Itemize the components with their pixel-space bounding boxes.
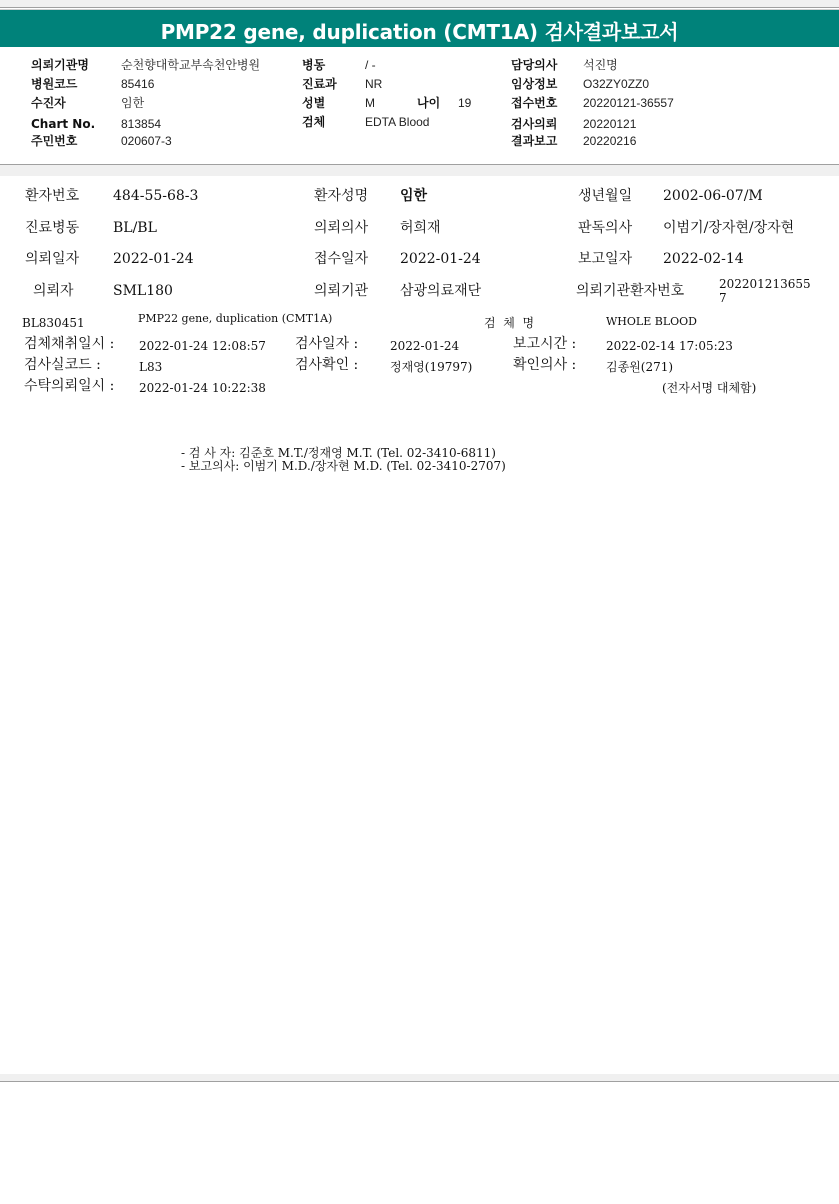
report-title: PMP22 gene, duplication (CMT1A) 검사결과보고서 xyxy=(0,16,839,45)
value-collection-datetime: 2022-01-24 12:08:57 xyxy=(139,338,266,354)
value-patient-name: 임한 xyxy=(400,188,427,204)
report-title-bar: PMP22 gene, duplication (CMT1A) 검사결과보고서 xyxy=(0,9,839,47)
label-hospital-code: 병원코드 xyxy=(31,77,77,91)
value-requesting-institution: 삼광의료재단 xyxy=(400,283,481,299)
label-sex: 성별 xyxy=(302,96,325,110)
label-ward: 병동 xyxy=(302,58,325,72)
value-confirming-doctor: 김종원(271) xyxy=(606,359,673,375)
value-chart-no: 813854 xyxy=(121,117,161,131)
test-code: BL830451 xyxy=(22,315,85,331)
label-chart-no: Chart No. xyxy=(31,117,95,131)
value-age: 19 xyxy=(458,96,471,110)
value-test-verification: 정재영(19797) xyxy=(390,359,472,375)
label-requester: 의뢰자 xyxy=(33,283,74,299)
label-lab-code: 검사실코드 : xyxy=(24,357,101,373)
label-consignment-datetime: 수탁의뢰일시 : xyxy=(24,378,114,394)
value-attending-doctor: 석진명 xyxy=(583,58,618,72)
label-attending-doctor: 담당의사 xyxy=(511,58,557,72)
value-patient-number: 484-55-68-3 xyxy=(113,188,198,204)
value-hospital-code: 85416 xyxy=(121,77,154,91)
value-report-date: 2022-02-14 xyxy=(663,251,744,267)
value-examinee: 임한 xyxy=(121,96,144,110)
value-receipt-number: 20220121-36557 xyxy=(583,96,674,110)
label-specimen: 검체 xyxy=(302,115,325,129)
value-request-date: 2022-01-24 xyxy=(113,251,194,267)
value-sex: M xyxy=(365,96,375,110)
label-test-verification: 검사확인 : xyxy=(295,357,358,373)
label-birth-date: 생년월일 xyxy=(578,188,632,204)
label-request-date: 의뢰일자 xyxy=(25,251,79,267)
label-receipt-date: 접수일자 xyxy=(314,251,368,267)
value-institution-patient-number-line2: 7 xyxy=(719,290,727,306)
label-report-time: 보고시간 : xyxy=(513,336,576,352)
value-specimen: EDTA Blood xyxy=(365,115,429,129)
label-requesting-institution: 의뢰기관 xyxy=(314,283,368,299)
value-specimen-name: WHOLE BLOOD xyxy=(606,316,697,328)
electronic-signature-note: (전자서명 대체함) xyxy=(662,380,756,396)
value-referring-institution: 순천향대학교부속천안병원 xyxy=(121,58,260,72)
label-collection-datetime: 검체채취일시 : xyxy=(24,336,114,352)
label-confirming-doctor: 확인의사 : xyxy=(513,357,576,373)
bottom-divider xyxy=(0,1074,839,1082)
label-ward-code: 진료병동 xyxy=(25,220,79,236)
label-test-date: 검사일자 : xyxy=(295,336,358,352)
label-result-report: 결과보고 xyxy=(511,134,557,148)
label-clinical-info: 임상정보 xyxy=(511,77,557,91)
value-institution-patient-number-line1: 202201213655 xyxy=(719,276,811,292)
label-institution-patient-number: 의뢰기관환자번호 xyxy=(576,283,684,299)
label-receipt-number: 접수번호 xyxy=(511,96,557,110)
label-resident-number: 주민번호 xyxy=(31,134,77,148)
top-border xyxy=(0,0,839,8)
label-age: 나이 xyxy=(417,96,440,110)
label-specimen-name: 검 체 명 xyxy=(484,315,534,331)
label-referring-institution: 의뢰기관명 xyxy=(31,58,89,72)
label-test-request: 검사의뢰 xyxy=(511,117,557,131)
label-referring-doctor: 의뢰의사 xyxy=(314,220,368,236)
test-name: PMP22 gene, duplication (CMT1A) xyxy=(138,313,332,325)
value-birth-date: 2002-06-07/M xyxy=(663,188,763,204)
reporting-doctor-contact: - 보고의사: 이범기 M.D./장자현 M.D. (Tel. 02-3410-… xyxy=(181,460,506,473)
label-patient-number: 환자번호 xyxy=(25,188,79,204)
label-reading-doctor: 판독의사 xyxy=(578,220,632,236)
value-lab-code: L83 xyxy=(139,359,162,375)
value-consignment-datetime: 2022-01-24 10:22:38 xyxy=(139,380,266,396)
value-reading-doctor: 이범기/장자현/장자현 xyxy=(663,220,794,236)
value-report-time: 2022-02-14 17:05:23 xyxy=(606,338,733,354)
label-department: 진료과 xyxy=(302,77,337,91)
value-receipt-date: 2022-01-24 xyxy=(400,251,481,267)
value-department: NR xyxy=(365,77,382,91)
value-ward: / - xyxy=(365,58,376,72)
value-referring-doctor: 허희재 xyxy=(400,220,441,236)
section-divider xyxy=(0,164,839,176)
label-examinee: 수진자 xyxy=(31,96,66,110)
label-patient-name: 환자성명 xyxy=(314,188,368,204)
value-resident-number: 020607-3 xyxy=(121,134,172,148)
value-test-request: 20220121 xyxy=(583,117,636,131)
value-ward-code: BL/BL xyxy=(113,220,157,236)
label-report-date: 보고일자 xyxy=(578,251,632,267)
value-result-report: 20220216 xyxy=(583,134,636,148)
value-clinical-info: O32ZY0ZZ0 xyxy=(583,77,649,91)
value-test-date: 2022-01-24 xyxy=(390,338,459,354)
value-requester: SML180 xyxy=(113,283,173,299)
